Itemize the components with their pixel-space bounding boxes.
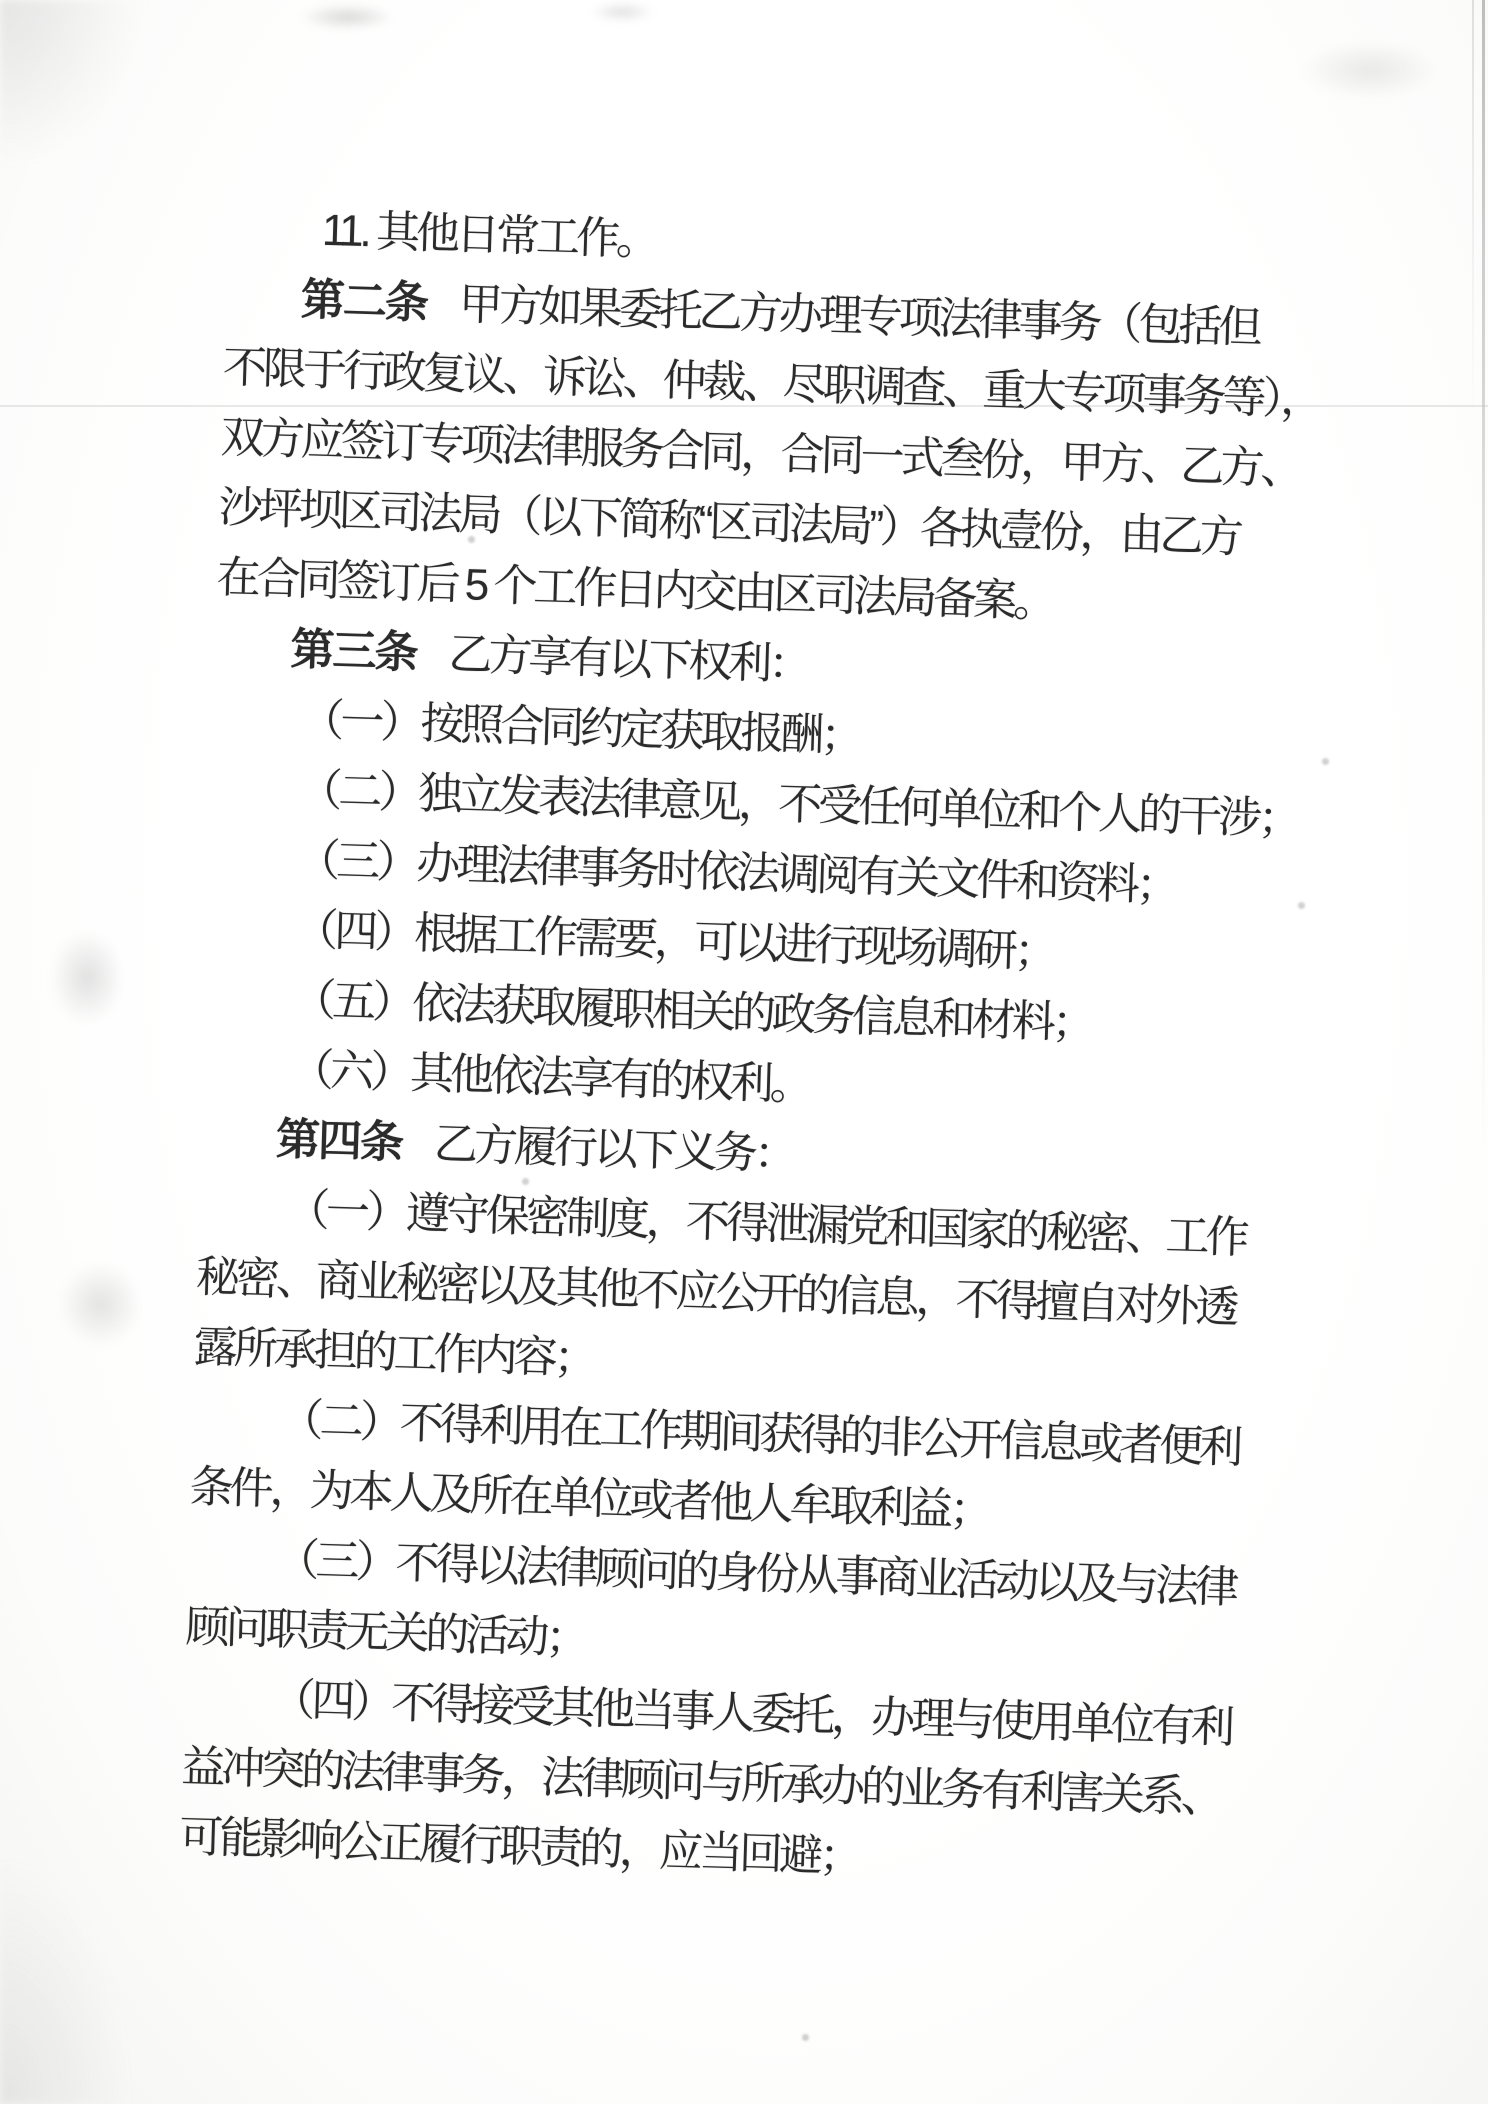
- article-number: 第三条: [290, 625, 417, 678]
- scan-artifact-top-smudge: [300, 4, 395, 30]
- line-text: 可能影响公正履行职责的，应当回避；: [179, 1812, 860, 1881]
- scan-artifact-speck: [1298, 902, 1305, 909]
- line-text: （一）按照合同约定获取报酬；: [300, 695, 861, 761]
- scan-artifact-left-mark: [50, 930, 125, 1025]
- line-text: 乙方享有以下权利：: [448, 630, 809, 690]
- line-text: 顾问职责无关的活动；: [185, 1602, 586, 1663]
- scan-artifact-right-edge-line: [1482, 0, 1485, 1150]
- scan-artifact-top-right: [1300, 40, 1440, 100]
- line-text: 乙方履行以下义务：: [433, 1120, 794, 1180]
- scan-artifact-left-mark: [58, 1262, 143, 1347]
- line-text: 露所承担的工作内容；: [193, 1323, 594, 1384]
- contract-text-block: 11. 其他日常工作。 第二条甲方如果委托乙方办理专项法律事务（包括但 不限于行…: [178, 196, 1287, 1907]
- line-text: 11. 其他日常工作。: [321, 206, 656, 265]
- scan-artifact-bottom-left: [0, 1860, 130, 2104]
- line-text: （六）其他依法享有的权利。: [289, 1045, 810, 1109]
- scan-artifact-speck: [802, 2034, 809, 2041]
- article-number: 第四条: [275, 1115, 402, 1168]
- article-number: 第二条: [300, 275, 427, 328]
- scan-artifact-right-edge-line: [1472, 0, 1474, 420]
- page: { "page": { "kind": "scanned legal docum…: [0, 0, 1488, 2104]
- scan-artifact-top-smudge: [590, 2, 655, 22]
- scanned-page: 11. 其他日常工作。 第二条甲方如果委托乙方办理专项法律事务（包括但 不限于行…: [0, 0, 1488, 2104]
- scan-artifact-top-left: [0, 0, 150, 170]
- scan-artifact-speck: [1322, 758, 1329, 765]
